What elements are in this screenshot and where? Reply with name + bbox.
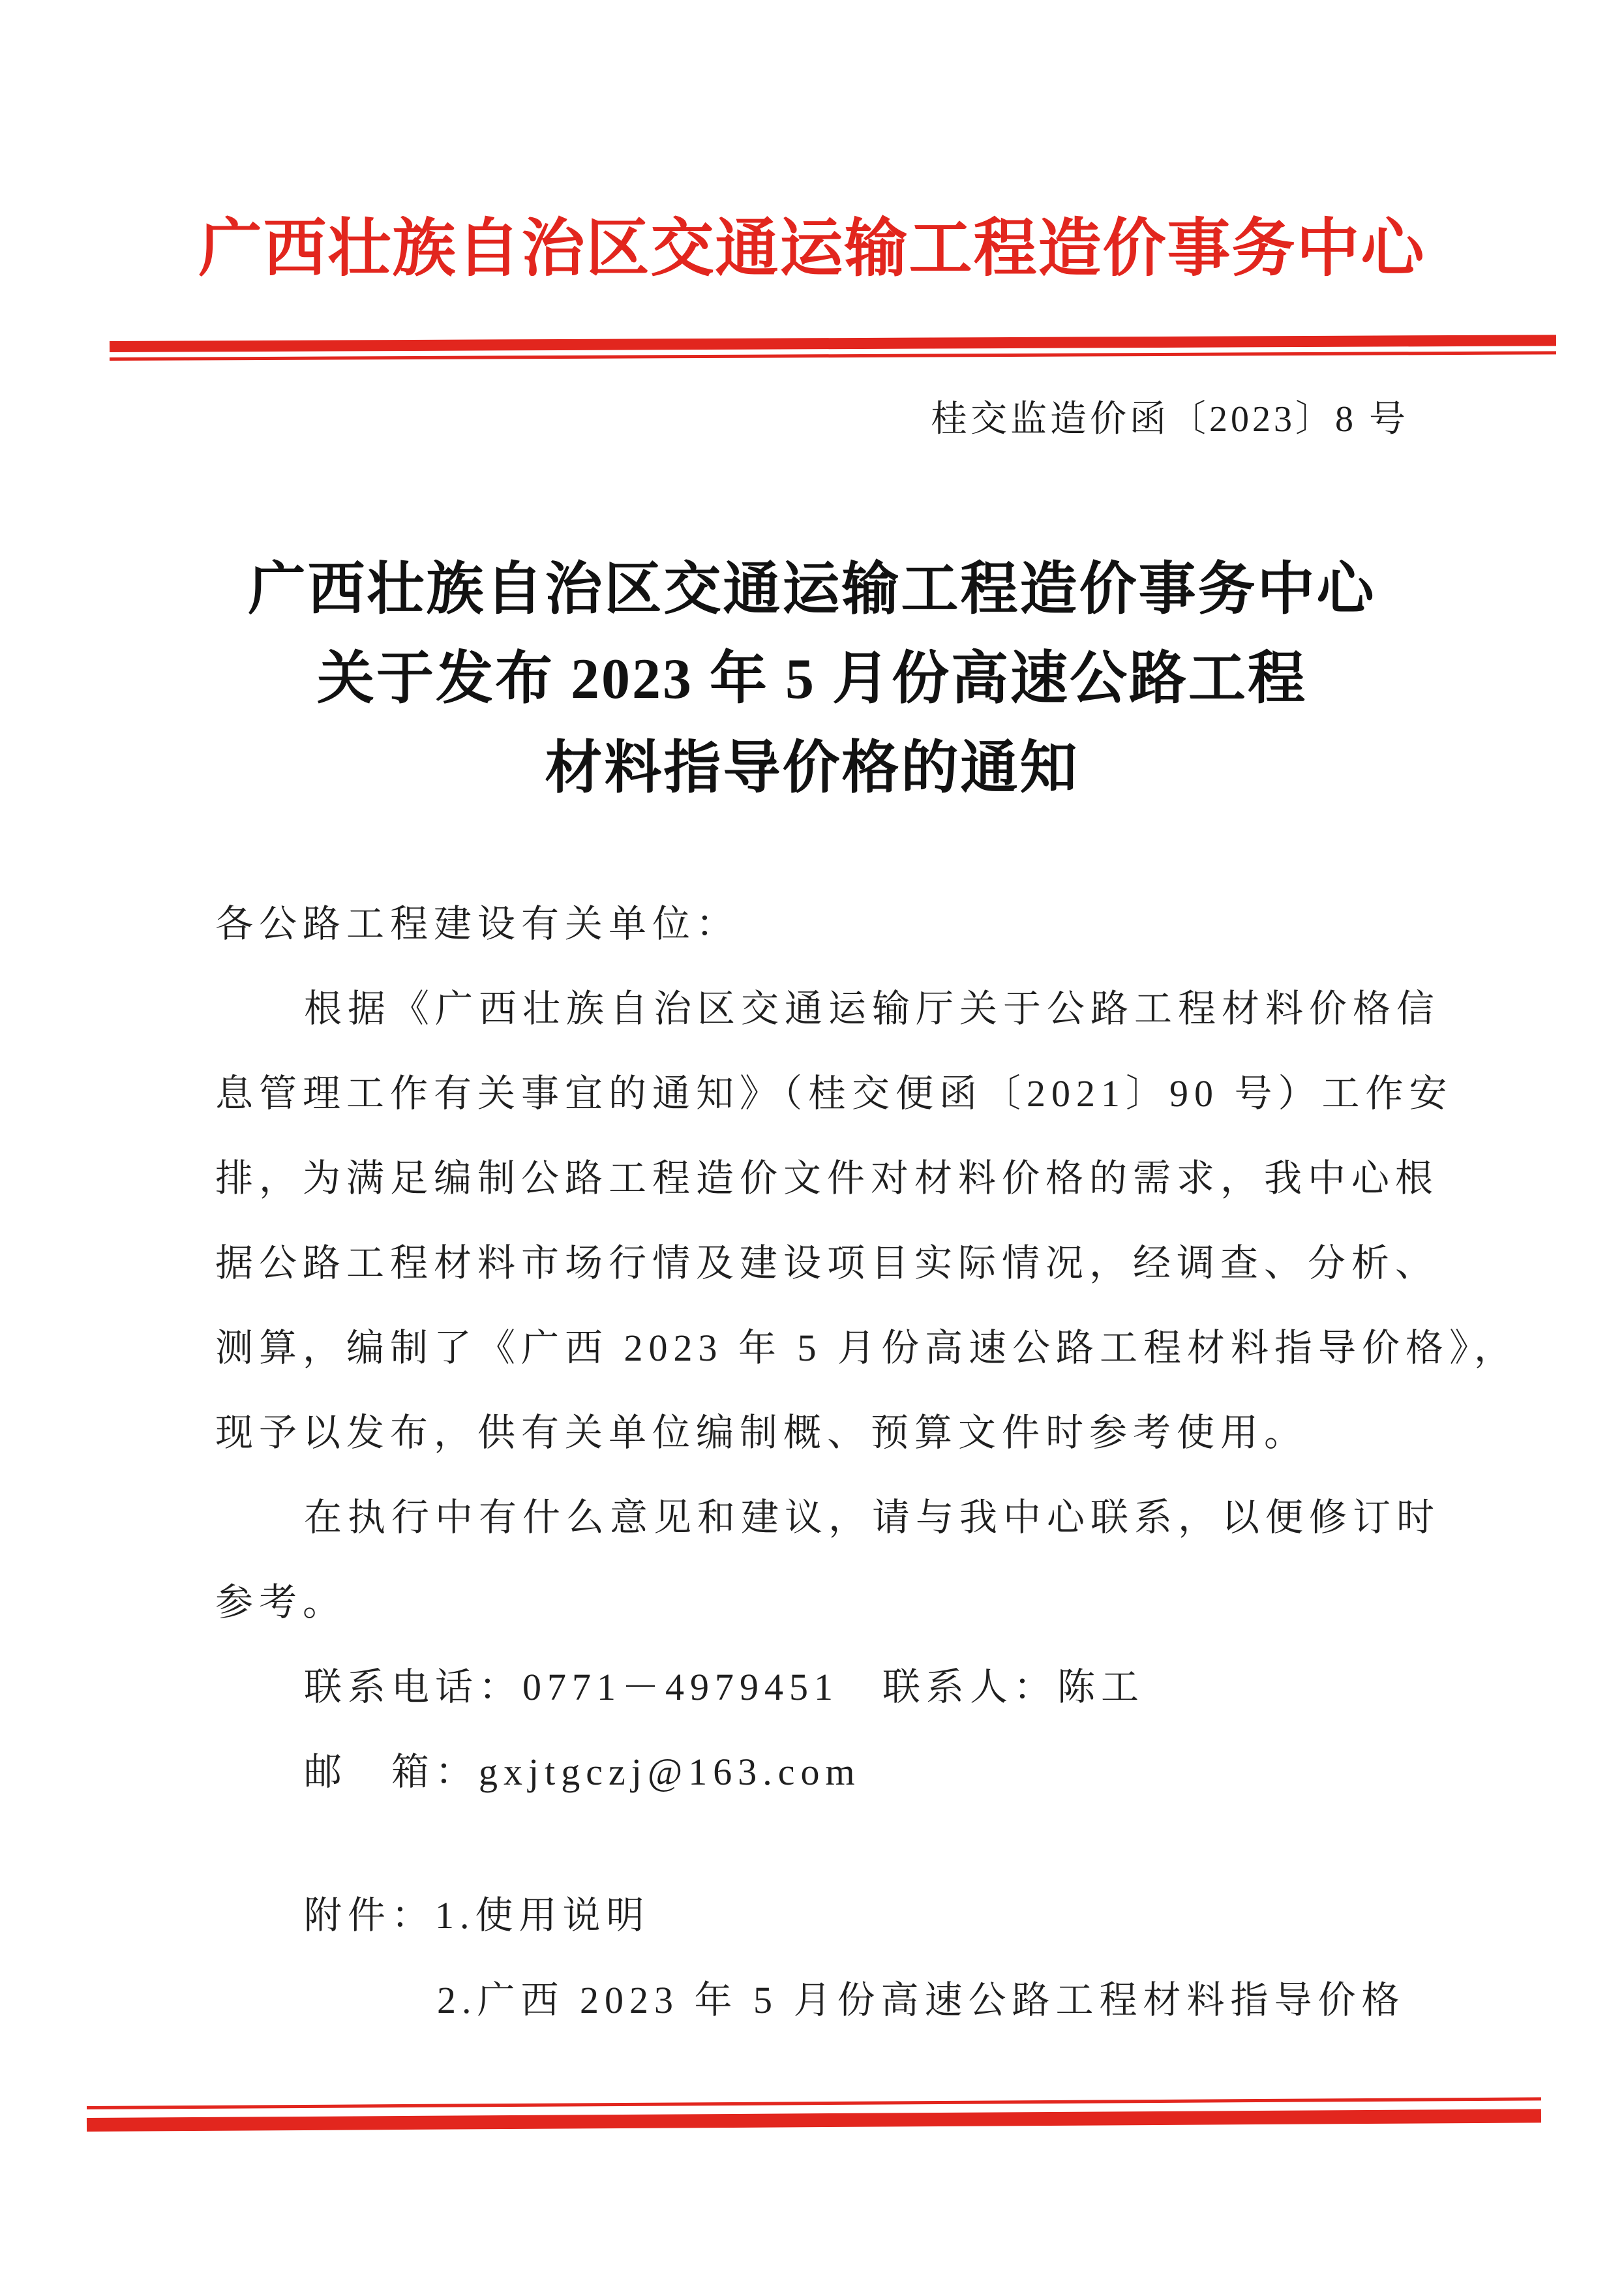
body-line: 现予以发布，供有关单位编制概、预算文件时参考使用。: [215, 1391, 1415, 1475]
document-number: 桂交监造价函〔2023〕8 号: [931, 390, 1409, 442]
body-line: 据公路工程材料市场行情及建设项目实际情况，经调查、分析、: [215, 1221, 1415, 1306]
footer-rule-thick: [87, 2109, 1541, 2132]
header-rule-thick: [110, 335, 1556, 352]
masthead-org-title: 广西壮族自治区交通运输工程造价事务中心: [0, 204, 1624, 295]
notice-title-line-3: 材料指导价格的通知: [0, 724, 1624, 813]
body-line: 排，为满足编制公路工程造价文件对材料价格的需求，我中心根: [215, 1136, 1415, 1221]
contact-phone-line: 联系电话：0771－4979451 联系人：陈工: [215, 1645, 1415, 1730]
body-line: 根据《广西壮族自治区交通运输厅关于公路工程材料价格信: [215, 967, 1415, 1051]
body-line: 参考。: [215, 1560, 1415, 1645]
body-line: 在执行中有什么意见和建议，请与我中心联系，以便修订时: [215, 1475, 1415, 1560]
header-rule-thin: [110, 351, 1556, 361]
contact-email-line: 邮 箱：gxjtgczj@163.com: [215, 1730, 1415, 1815]
notice-body: 各公路工程建设有关单位： 根据《广西壮族自治区交通运输厅关于公路工程材料价格信 …: [215, 882, 1415, 2043]
notice-title-line-2: 关于发布 2023 年 5 月份高速公路工程: [0, 635, 1624, 724]
salutation-line: 各公路工程建设有关单位：: [215, 882, 1415, 967]
body-line: 息管理工作有关事宜的通知》（桂交便函〔2021〕90 号）工作安: [215, 1051, 1415, 1136]
notice-title-line-1: 广西壮族自治区交通运输工程造价事务中心: [0, 545, 1624, 635]
notice-title: 广西壮族自治区交通运输工程造价事务中心 关于发布 2023 年 5 月份高速公路…: [0, 545, 1624, 813]
footer-rule-thin: [87, 2097, 1541, 2109]
attachment-line-2: 2.广西 2023 年 5 月份高速公路工程材料指导价格: [215, 1958, 1415, 2043]
attachment-line-1: 附件：1.使用说明: [215, 1873, 1415, 1958]
body-line: 测算，编制了《广西 2023 年 5 月份高速公路工程材料指导价格》，: [215, 1306, 1415, 1391]
document-page: 广西壮族自治区交通运输工程造价事务中心 桂交监造价函〔2023〕8 号 广西壮族…: [0, 0, 1624, 2294]
